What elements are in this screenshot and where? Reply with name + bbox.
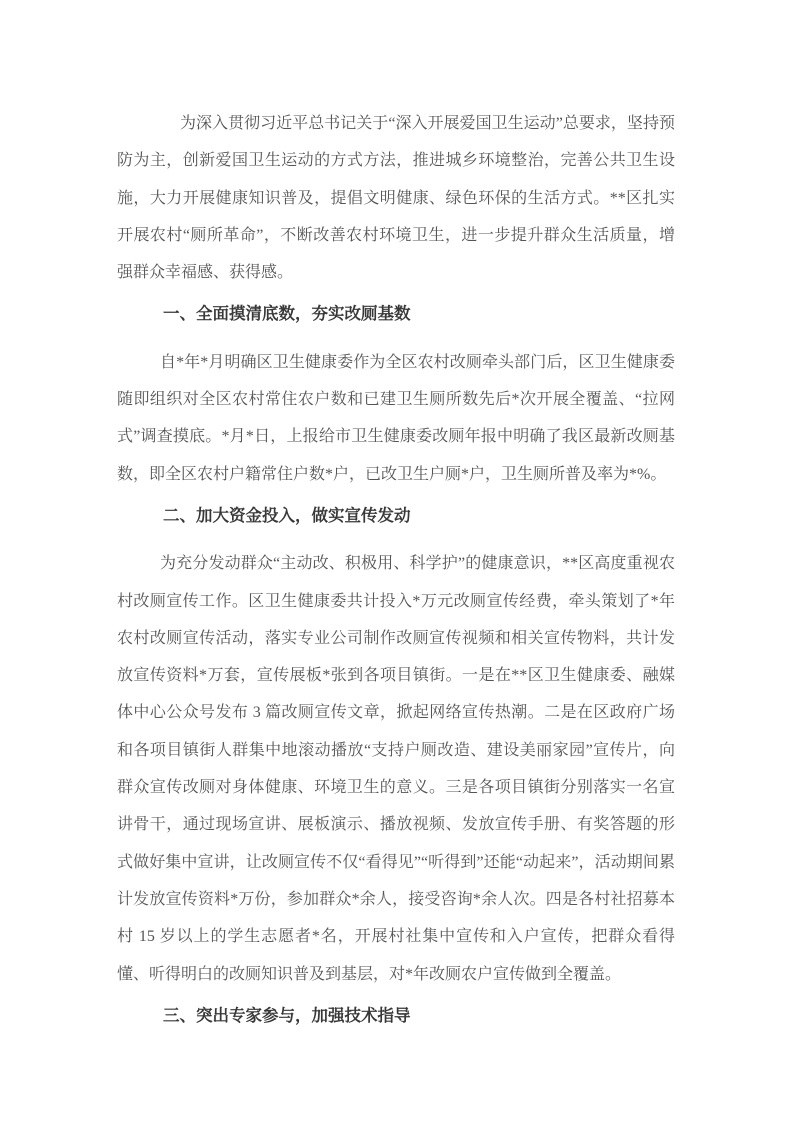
document-content: 为深入贯彻习近平总书记关于“深入开展爱国卫生运动”总要求，坚持预防为主，创新爱国… bbox=[0, 0, 793, 1035]
section-2-heading: 二、加大资金投入，做实宣传发动 bbox=[117, 498, 675, 535]
section-2-body: 为充分发动群众“主动改、积极用、科学护”的健康意识，**区高度重视农村改厕宣传工… bbox=[117, 545, 675, 993]
section-1-heading: 一、全面摸清底数，夯实改厕基数 bbox=[117, 296, 675, 333]
document-page: 为深入贯彻习近平总书记关于“深入开展爱国卫生运动”总要求，坚持预防为主，创新爱国… bbox=[0, 0, 793, 1122]
intro-paragraph: 为深入贯彻习近平总书记关于“深入开展爱国卫生运动”总要求，坚持预防为主，创新爱国… bbox=[117, 105, 675, 291]
section-1-body: 自*年*月明确区卫生健康委作为全区农村改厕牵头部门后，区卫生健康委随即组织对全区… bbox=[117, 344, 675, 493]
section-3-heading: 三、突出专家参与，加强技术指导 bbox=[117, 998, 675, 1035]
